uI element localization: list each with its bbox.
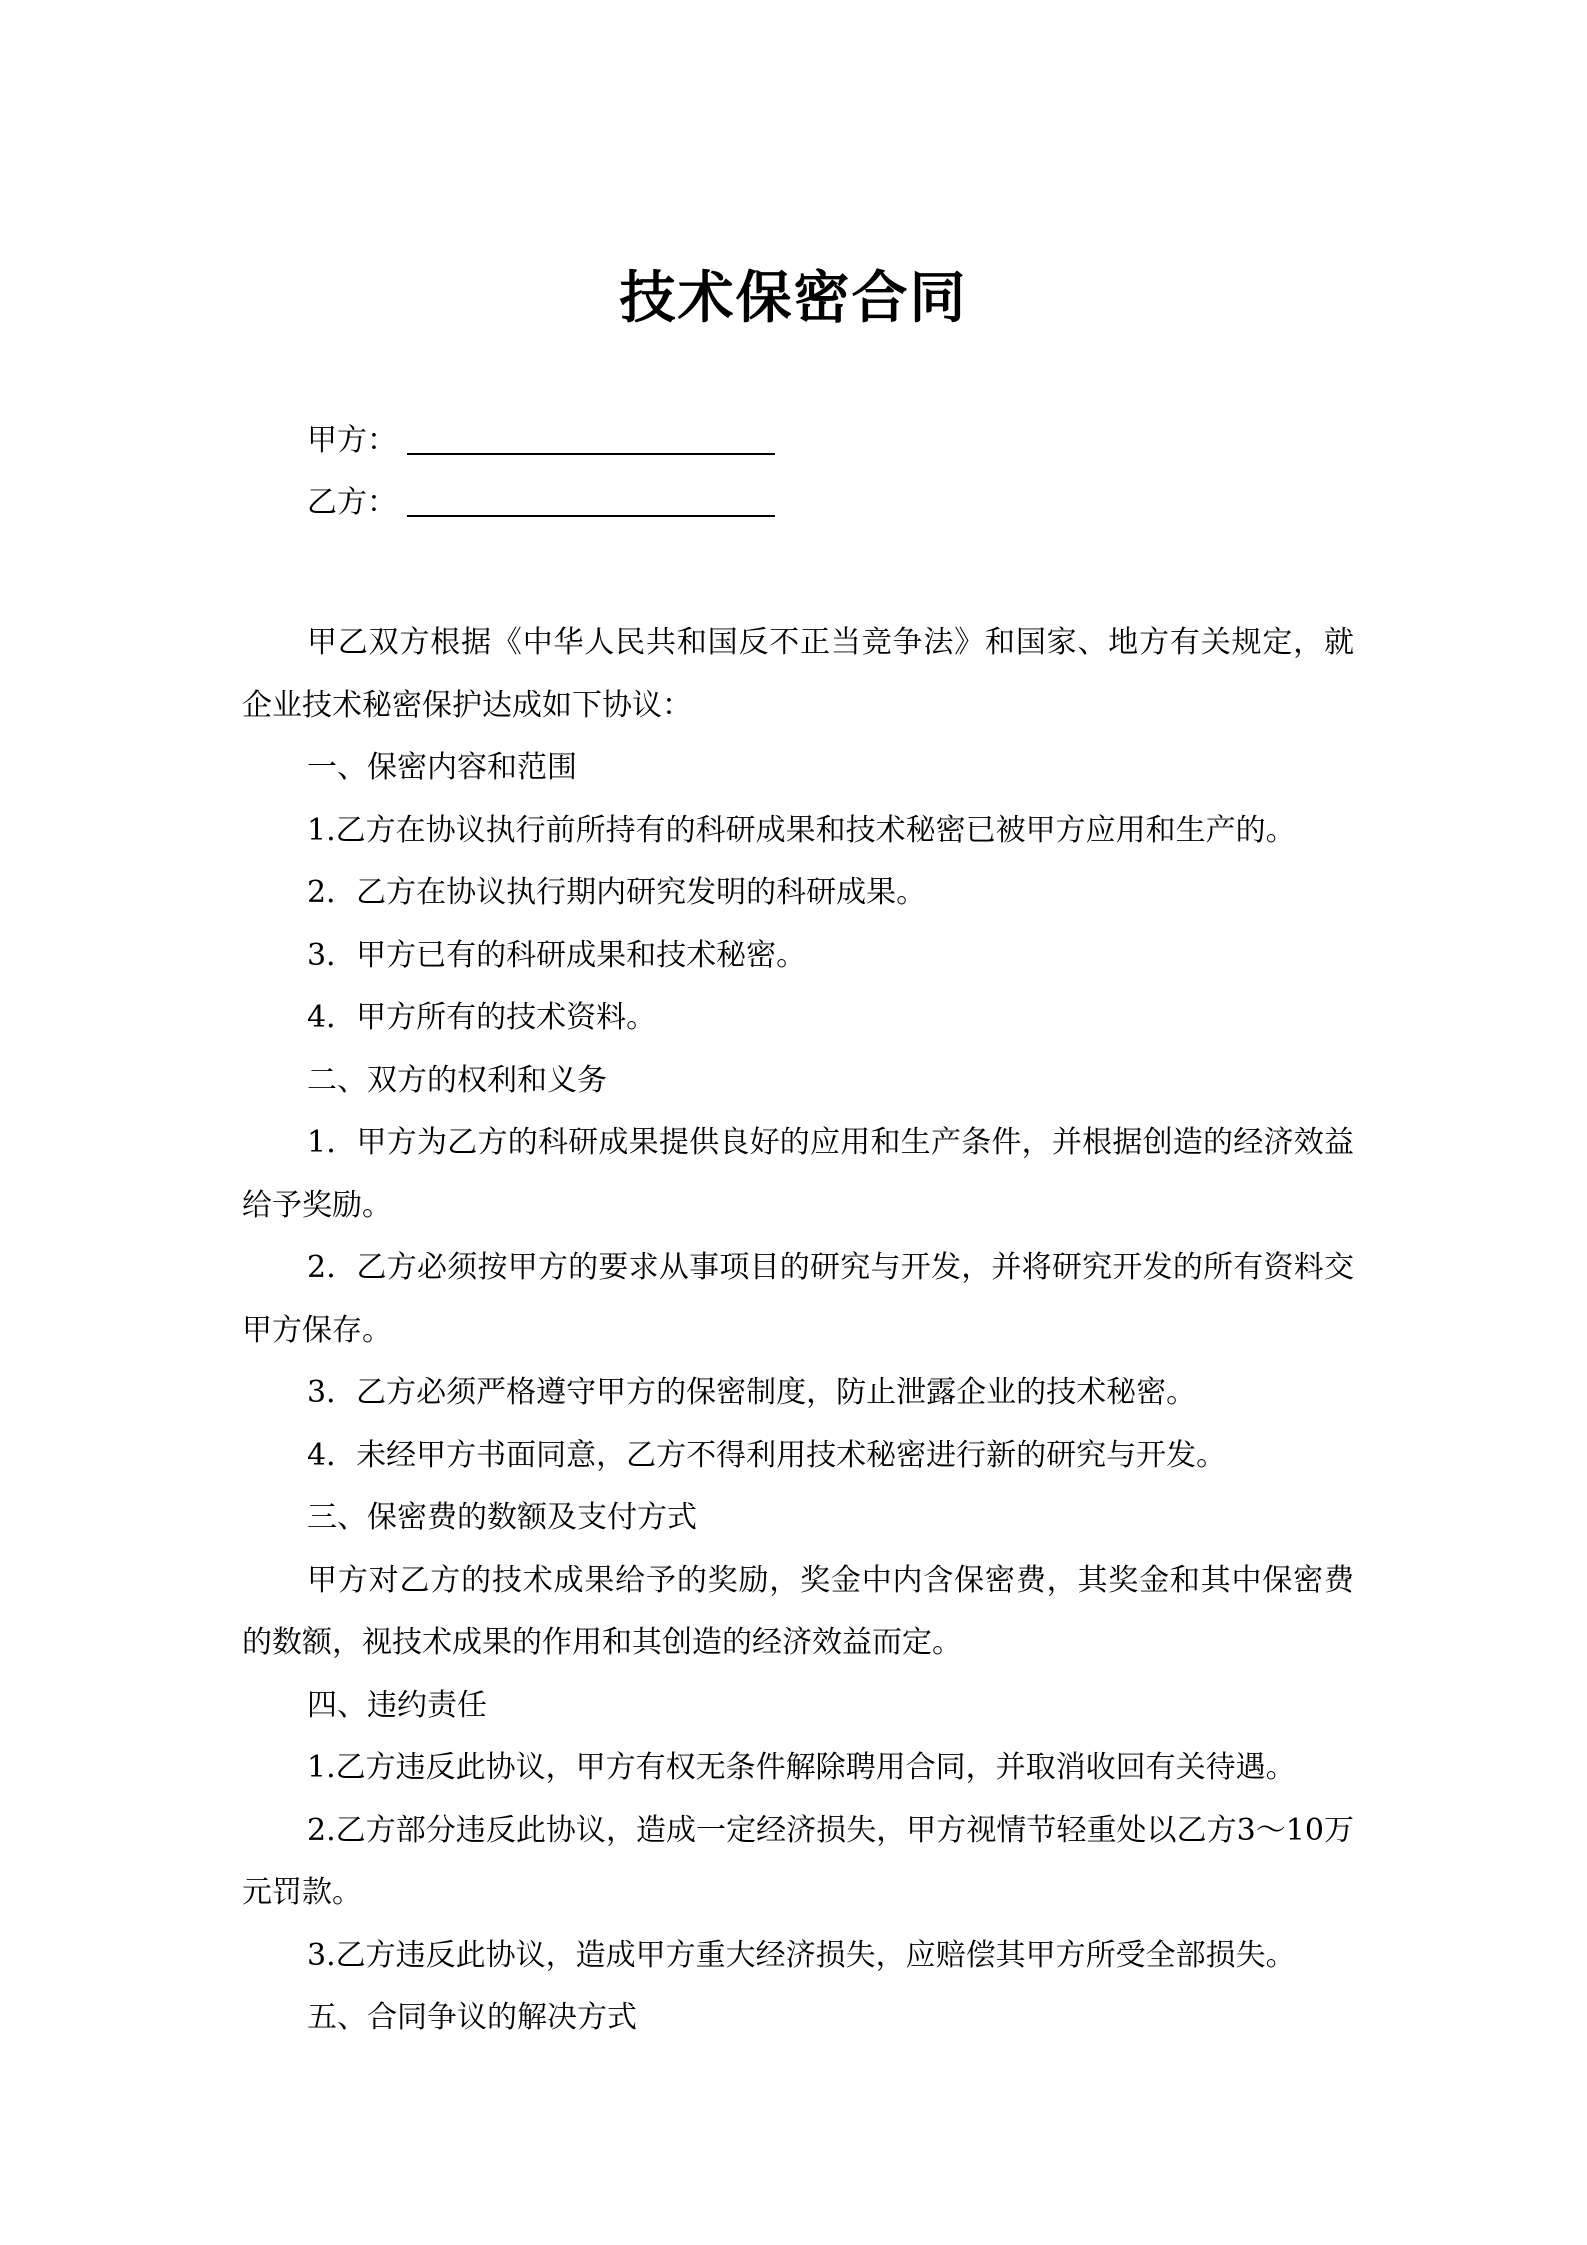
clause-1-2: 2．乙方在协议执行期内研究发明的科研成果。 xyxy=(242,862,1354,925)
party-a-line: 甲方： xyxy=(307,421,775,461)
party-a-label: 甲方： xyxy=(307,421,397,461)
section-heading-5: 五、合同争议的解决方式 xyxy=(242,1987,1354,2050)
document-page: 技术保密合同 甲方： 乙方： 甲乙双方根据《中华人民共和国反不正当竞争法》和国家… xyxy=(0,0,1587,2245)
party-b-label: 乙方： xyxy=(307,483,397,523)
clause-1-3: 3．甲方已有的科研成果和技术秘密。 xyxy=(242,925,1354,988)
clause-2-2: 2．乙方必须按甲方的要求从事项目的研究与开发，并将研究开发的所有资料交甲方保存。 xyxy=(242,1237,1354,1362)
party-a-blank-field[interactable] xyxy=(407,423,775,455)
party-b-blank-field[interactable] xyxy=(407,485,775,517)
section-heading-3: 三、保密费的数额及支付方式 xyxy=(242,1487,1354,1550)
preamble-paragraph: 甲乙双方根据《中华人民共和国反不正当竞争法》和国家、地方有关规定，就企业技术秘密… xyxy=(242,612,1354,737)
clause-4-1: 1.乙方违反此协议，甲方有权无条件解除聘用合同，并取消收回有关待遇。 xyxy=(242,1737,1354,1800)
clause-4-3: 3.乙方违反此协议，造成甲方重大经济损失，应赔偿其甲方所受全部损失。 xyxy=(242,1925,1354,1988)
contract-body: 甲乙双方根据《中华人民共和国反不正当竞争法》和国家、地方有关规定，就企业技术秘密… xyxy=(242,612,1354,2050)
party-b-line: 乙方： xyxy=(307,483,775,523)
clause-3-body: 甲方对乙方的技术成果给予的奖励，奖金中内含保密费，其奖金和其中保密费的数额，视技… xyxy=(242,1550,1354,1675)
section-heading-1: 一、保密内容和范围 xyxy=(242,737,1354,800)
clause-2-4: 4．未经甲方书面同意，乙方不得利用技术秘密进行新的研究与开发。 xyxy=(242,1425,1354,1488)
section-heading-2: 二、双方的权利和义务 xyxy=(242,1050,1354,1113)
document-title: 技术保密合同 xyxy=(0,258,1587,338)
clause-2-3: 3．乙方必须严格遵守甲方的保密制度，防止泄露企业的技术秘密。 xyxy=(242,1362,1354,1425)
section-heading-4: 四、违约责任 xyxy=(242,1675,1354,1738)
clause-2-1: 1．甲方为乙方的科研成果提供良好的应用和生产条件，并根据创造的经济效益给予奖励。 xyxy=(242,1112,1354,1237)
clause-1-4: 4．甲方所有的技术资料。 xyxy=(242,987,1354,1050)
clause-4-2: 2.乙方部分违反此协议，造成一定经济损失，甲方视情节轻重处以乙方3～10万元罚款… xyxy=(242,1800,1354,1925)
clause-1-1: 1.乙方在协议执行前所持有的科研成果和技术秘密已被甲方应用和生产的。 xyxy=(242,800,1354,863)
